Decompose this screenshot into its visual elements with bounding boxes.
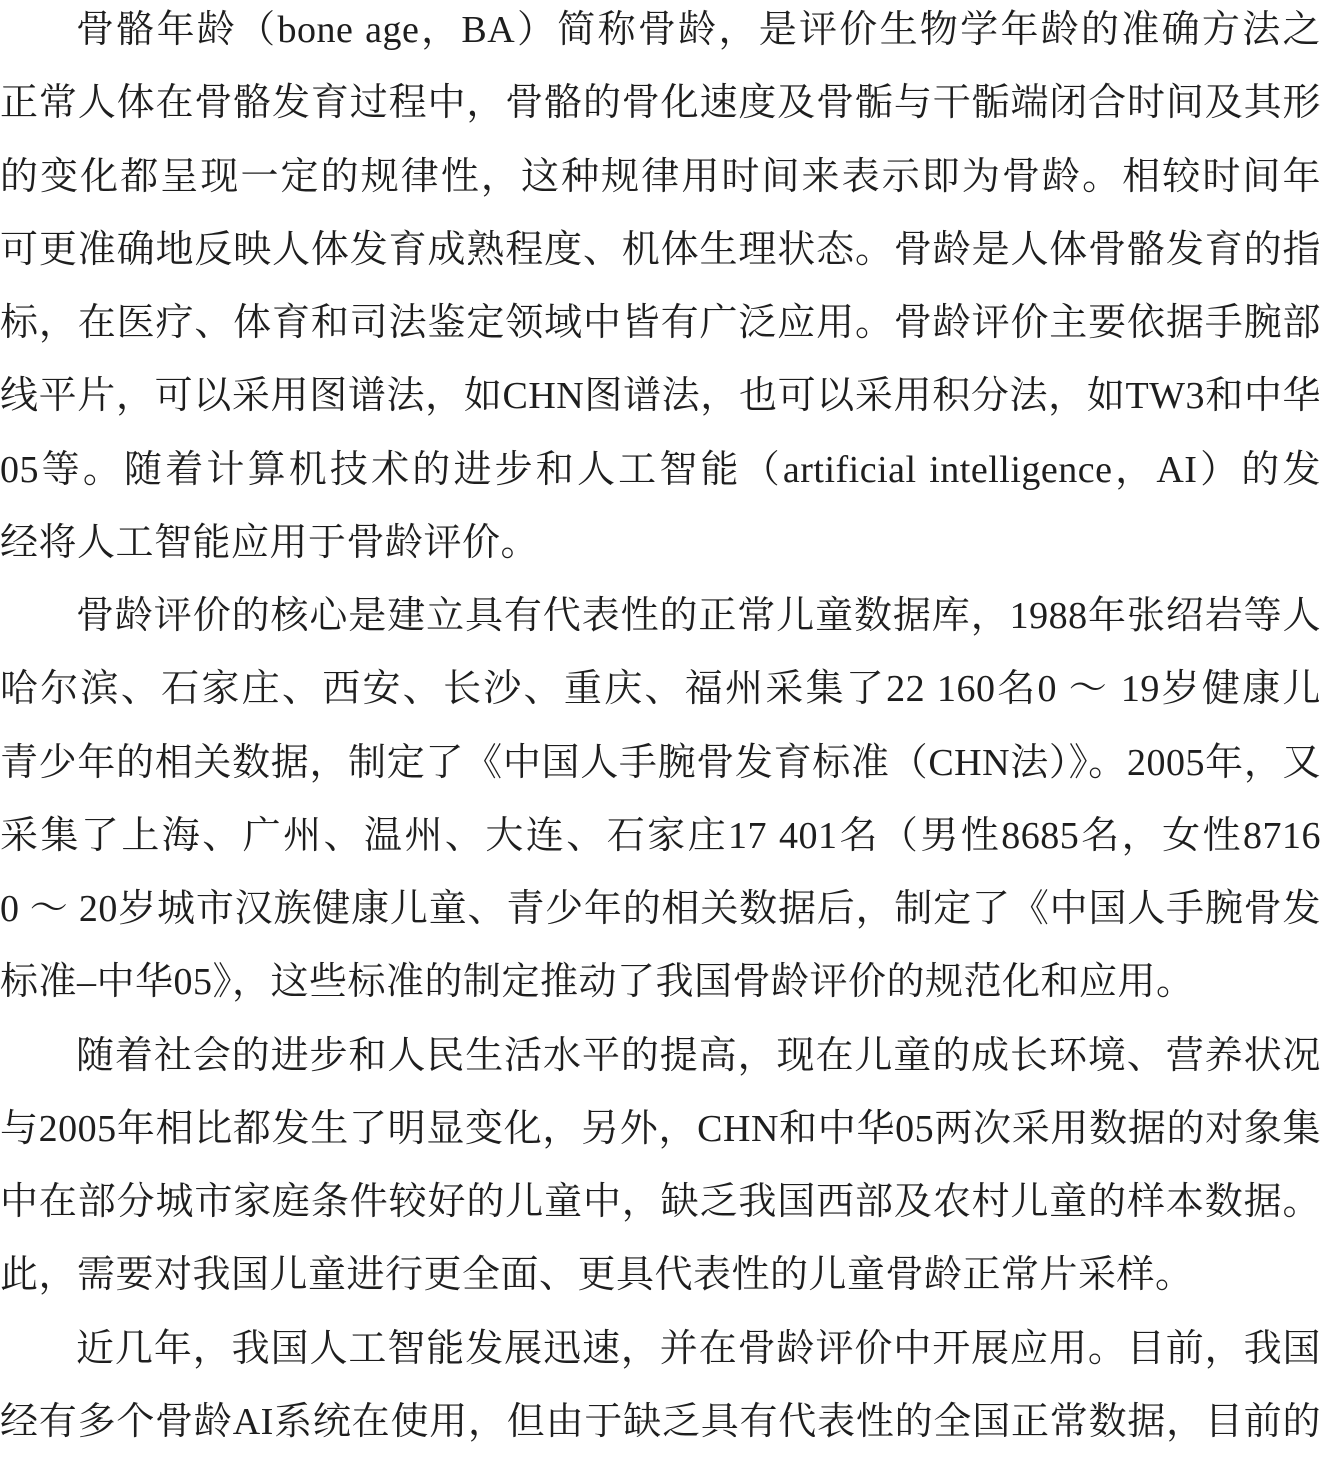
- text-line: 标，在医疗、体育和司法鉴定领域中皆有广泛应用。骨龄评价主要依据手腕部X: [0, 287, 1321, 360]
- text-line: 青少年的相关数据，制定了《中国人手腕骨发育标准（CHN法）》。2005年，又: [0, 727, 1321, 800]
- text-line: 经有多个骨龄AI系统在使用，但由于缺乏具有代表性的全国正常数据，目前的骨: [0, 1386, 1321, 1459]
- text-line: 近几年，我国人工智能发展迅速，并在骨龄评价中开展应用。目前，我国已: [0, 1313, 1321, 1386]
- text-line: 05等。随着计算机技术的进步和人工智能（artificial intellige…: [0, 434, 1321, 507]
- text-line: 随着社会的进步和人民生活水平的提高，现在儿童的成长环境、营养状况: [0, 1020, 1321, 1093]
- text-line: 正常人体在骨骼发育过程中，骨骼的骨化速度及骨骺与干骺端闭合时间及其形态: [0, 67, 1321, 140]
- text-line: 哈尔滨、石家庄、西安、长沙、重庆、福州采集了22 160名0 ～ 19岁健康儿童…: [0, 653, 1321, 726]
- text-line: 与2005年相比都发生了明显变化，另外，CHN和中华05两次采用数据的对象集: [0, 1093, 1321, 1166]
- text-line: 线平片，可以采用图谱法，如CHN图谱法，也可以采用积分法，如TW3和中华: [0, 360, 1321, 433]
- text-line: 骨骼年龄（bone age，BA）简称骨龄，是评价生物学年龄的准确方法之一。: [0, 0, 1321, 67]
- text-line: 此，需要对我国儿童进行更全面、更具代表性的儿童骨龄正常片采样。: [0, 1239, 1321, 1312]
- text-line: 经将人工智能应用于骨龄评价。: [0, 507, 1321, 580]
- text-line: 中在部分城市家庭条件较好的儿童中，缺乏我国西部及农村儿童的样本数据。因: [0, 1166, 1321, 1239]
- text-line: 0 ～ 20岁城市汉族健康儿童、青少年的相关数据后，制定了《中国人手腕骨发育: [0, 873, 1321, 946]
- text-line: 可更准确地反映人体发育成熟程度、机体生理状态。骨龄是人体骨骼发育的指: [0, 214, 1321, 287]
- text-line: 采集了上海、广州、温州、大连、石家庄17 401名（男性8685名，女性8716…: [0, 800, 1321, 873]
- text-line: 标准–中华05》，这些标准的制定推动了我国骨龄评价的规范化和应用。: [0, 946, 1321, 1019]
- text-line: 骨龄评价的核心是建立具有代表性的正常儿童数据库，1988年张绍岩等人在: [0, 580, 1321, 653]
- text-line: 的变化都呈现一定的规律性，这种规律用时间来表示即为骨龄。相较时间年龄，: [0, 141, 1321, 214]
- document-page: 骨骼年龄（bone age，BA）简称骨龄，是评价生物学年龄的准确方法之一。 正…: [0, 0, 1321, 1459]
